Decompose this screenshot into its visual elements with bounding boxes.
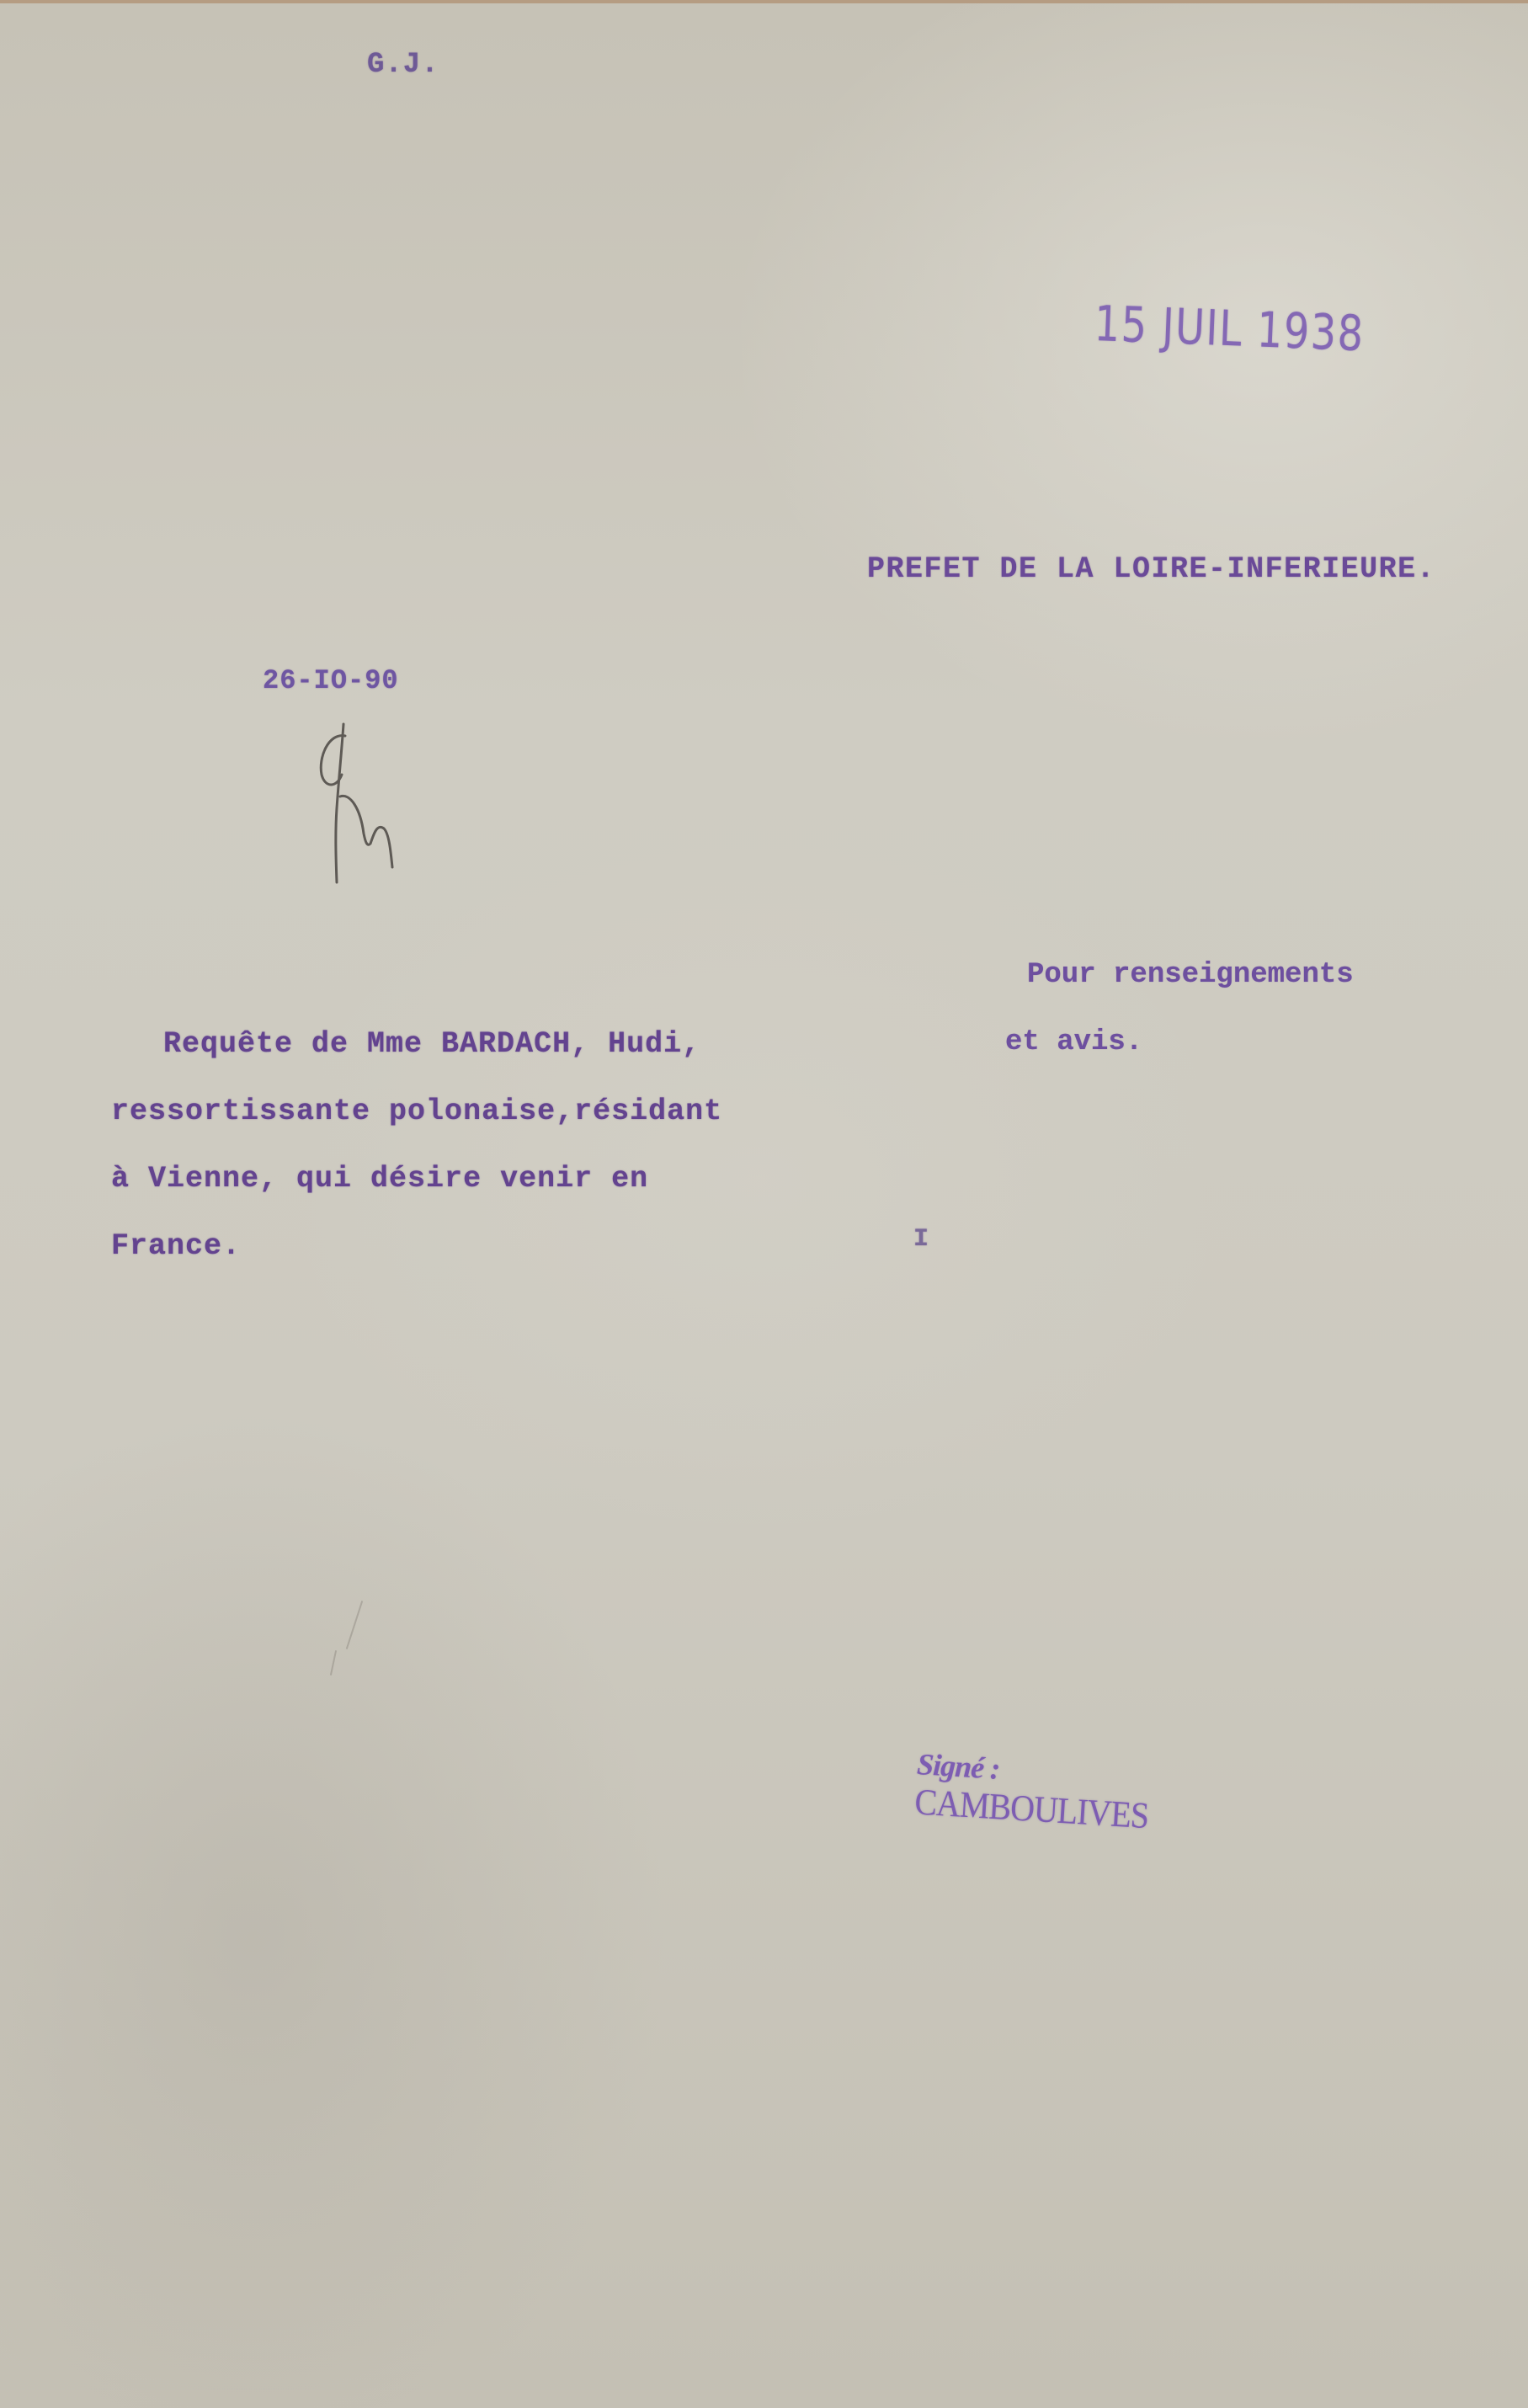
- handwritten-initials-icon: [311, 716, 429, 884]
- page-top-edge: [0, 0, 1528, 3]
- request-subject: Requête de Mme BARDACH, Hudi, ressortiss…: [111, 1019, 722, 1288]
- margin-mark: I: [913, 1225, 929, 1254]
- paper-crease: [330, 1650, 337, 1675]
- typist-initials: G.J.: [367, 49, 439, 81]
- subject-line: Requête de Mme BARDACH, Hudi,: [111, 1019, 722, 1086]
- recipient-heading: PREFET DE LA LOIRE-INFERIEURE.: [867, 552, 1435, 586]
- note-line: et avis.: [1005, 1017, 1354, 1084]
- signatory-name: CAMBOULIVES: [913, 1780, 1150, 1838]
- document-page: G.J. 15 JUIL 1938 PREFET DE LA LOIRE-INF…: [0, 0, 1528, 2408]
- subject-line: France.: [111, 1221, 722, 1288]
- subject-line: ressortissante polonaise,résidant: [111, 1086, 722, 1153]
- subject-line: à Vienne, qui désire venir en: [111, 1153, 722, 1221]
- reference-number: 26-IO-90: [263, 665, 399, 696]
- instruction-note: Pour renseignements et avis.: [1027, 950, 1354, 1084]
- date-stamp: 15 JUIL 1938: [1094, 295, 1366, 362]
- note-line: Pour renseignements: [1027, 950, 1354, 1017]
- signature-stamp: Signé : CAMBOULIVES: [899, 1730, 1153, 1851]
- paper-crease: [346, 1601, 363, 1649]
